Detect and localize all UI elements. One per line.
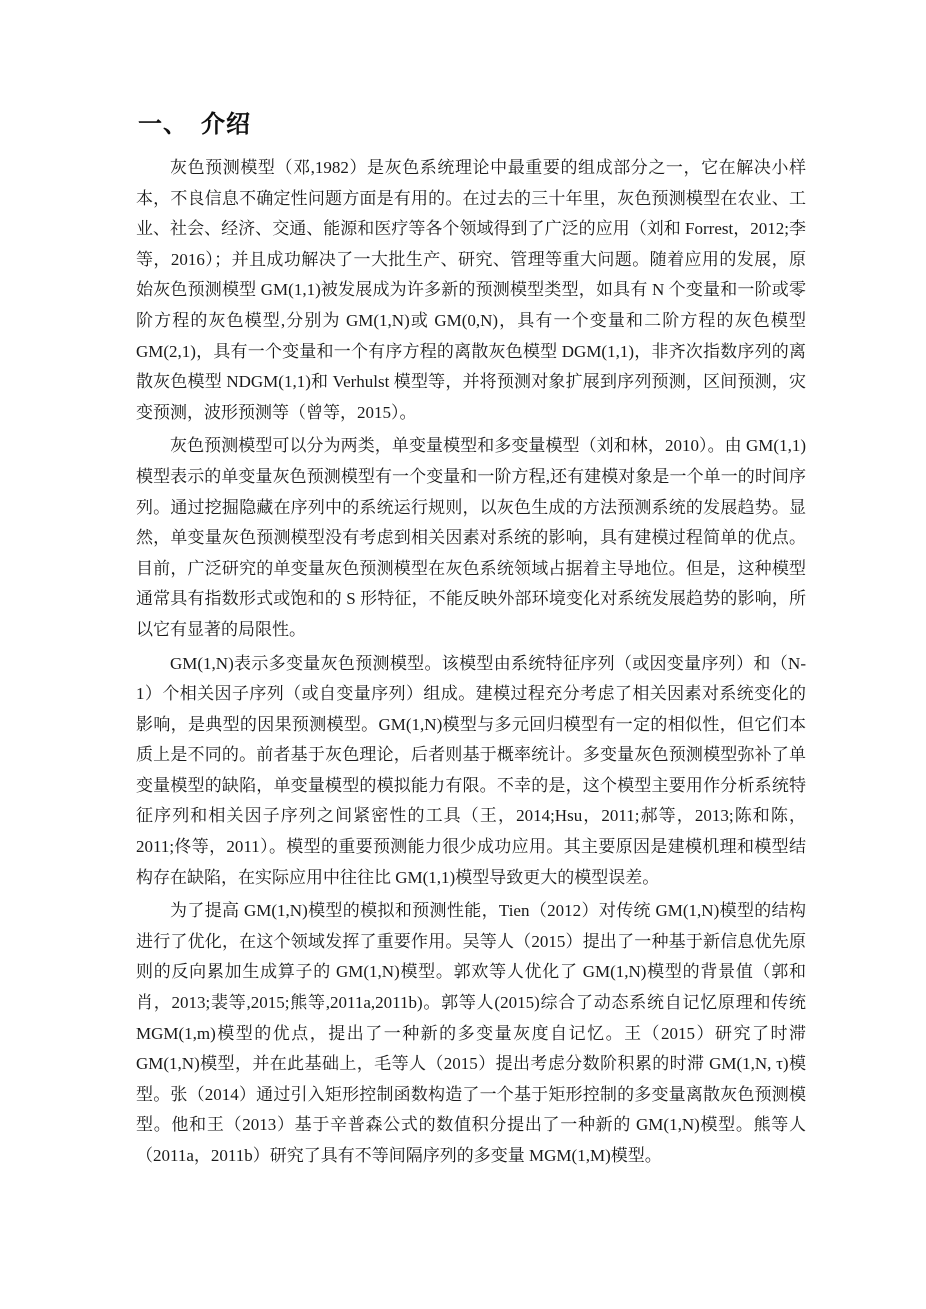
paragraph-gm1n-description: GM(1,N)表示多变量灰色预测模型。该模型由系统特征序列（或因变量序列）和（N… bbox=[136, 649, 806, 894]
paragraph-model-categories: 灰色预测模型可以分为两类，单变量模型和多变量模型（刘和林，2010）。由 GM(… bbox=[136, 431, 806, 645]
page-content: 一、 介绍 灰色预测模型（邓,1982）是灰色系统理论中最重要的组成部分之一，它… bbox=[136, 110, 806, 1175]
section-heading: 一、 介绍 bbox=[138, 110, 806, 140]
document-page: 一、 介绍 灰色预测模型（邓,1982）是灰色系统理论中最重要的组成部分之一，它… bbox=[0, 0, 926, 1309]
paragraph-gm1n-improvements: 为了提高 GM(1,N)模型的模拟和预测性能，Tien（2012）对传统 GM(… bbox=[136, 896, 806, 1171]
paragraph-intro-grey-model: 灰色预测模型（邓,1982）是灰色系统理论中最重要的组成部分之一，它在解决小样本… bbox=[136, 153, 806, 428]
